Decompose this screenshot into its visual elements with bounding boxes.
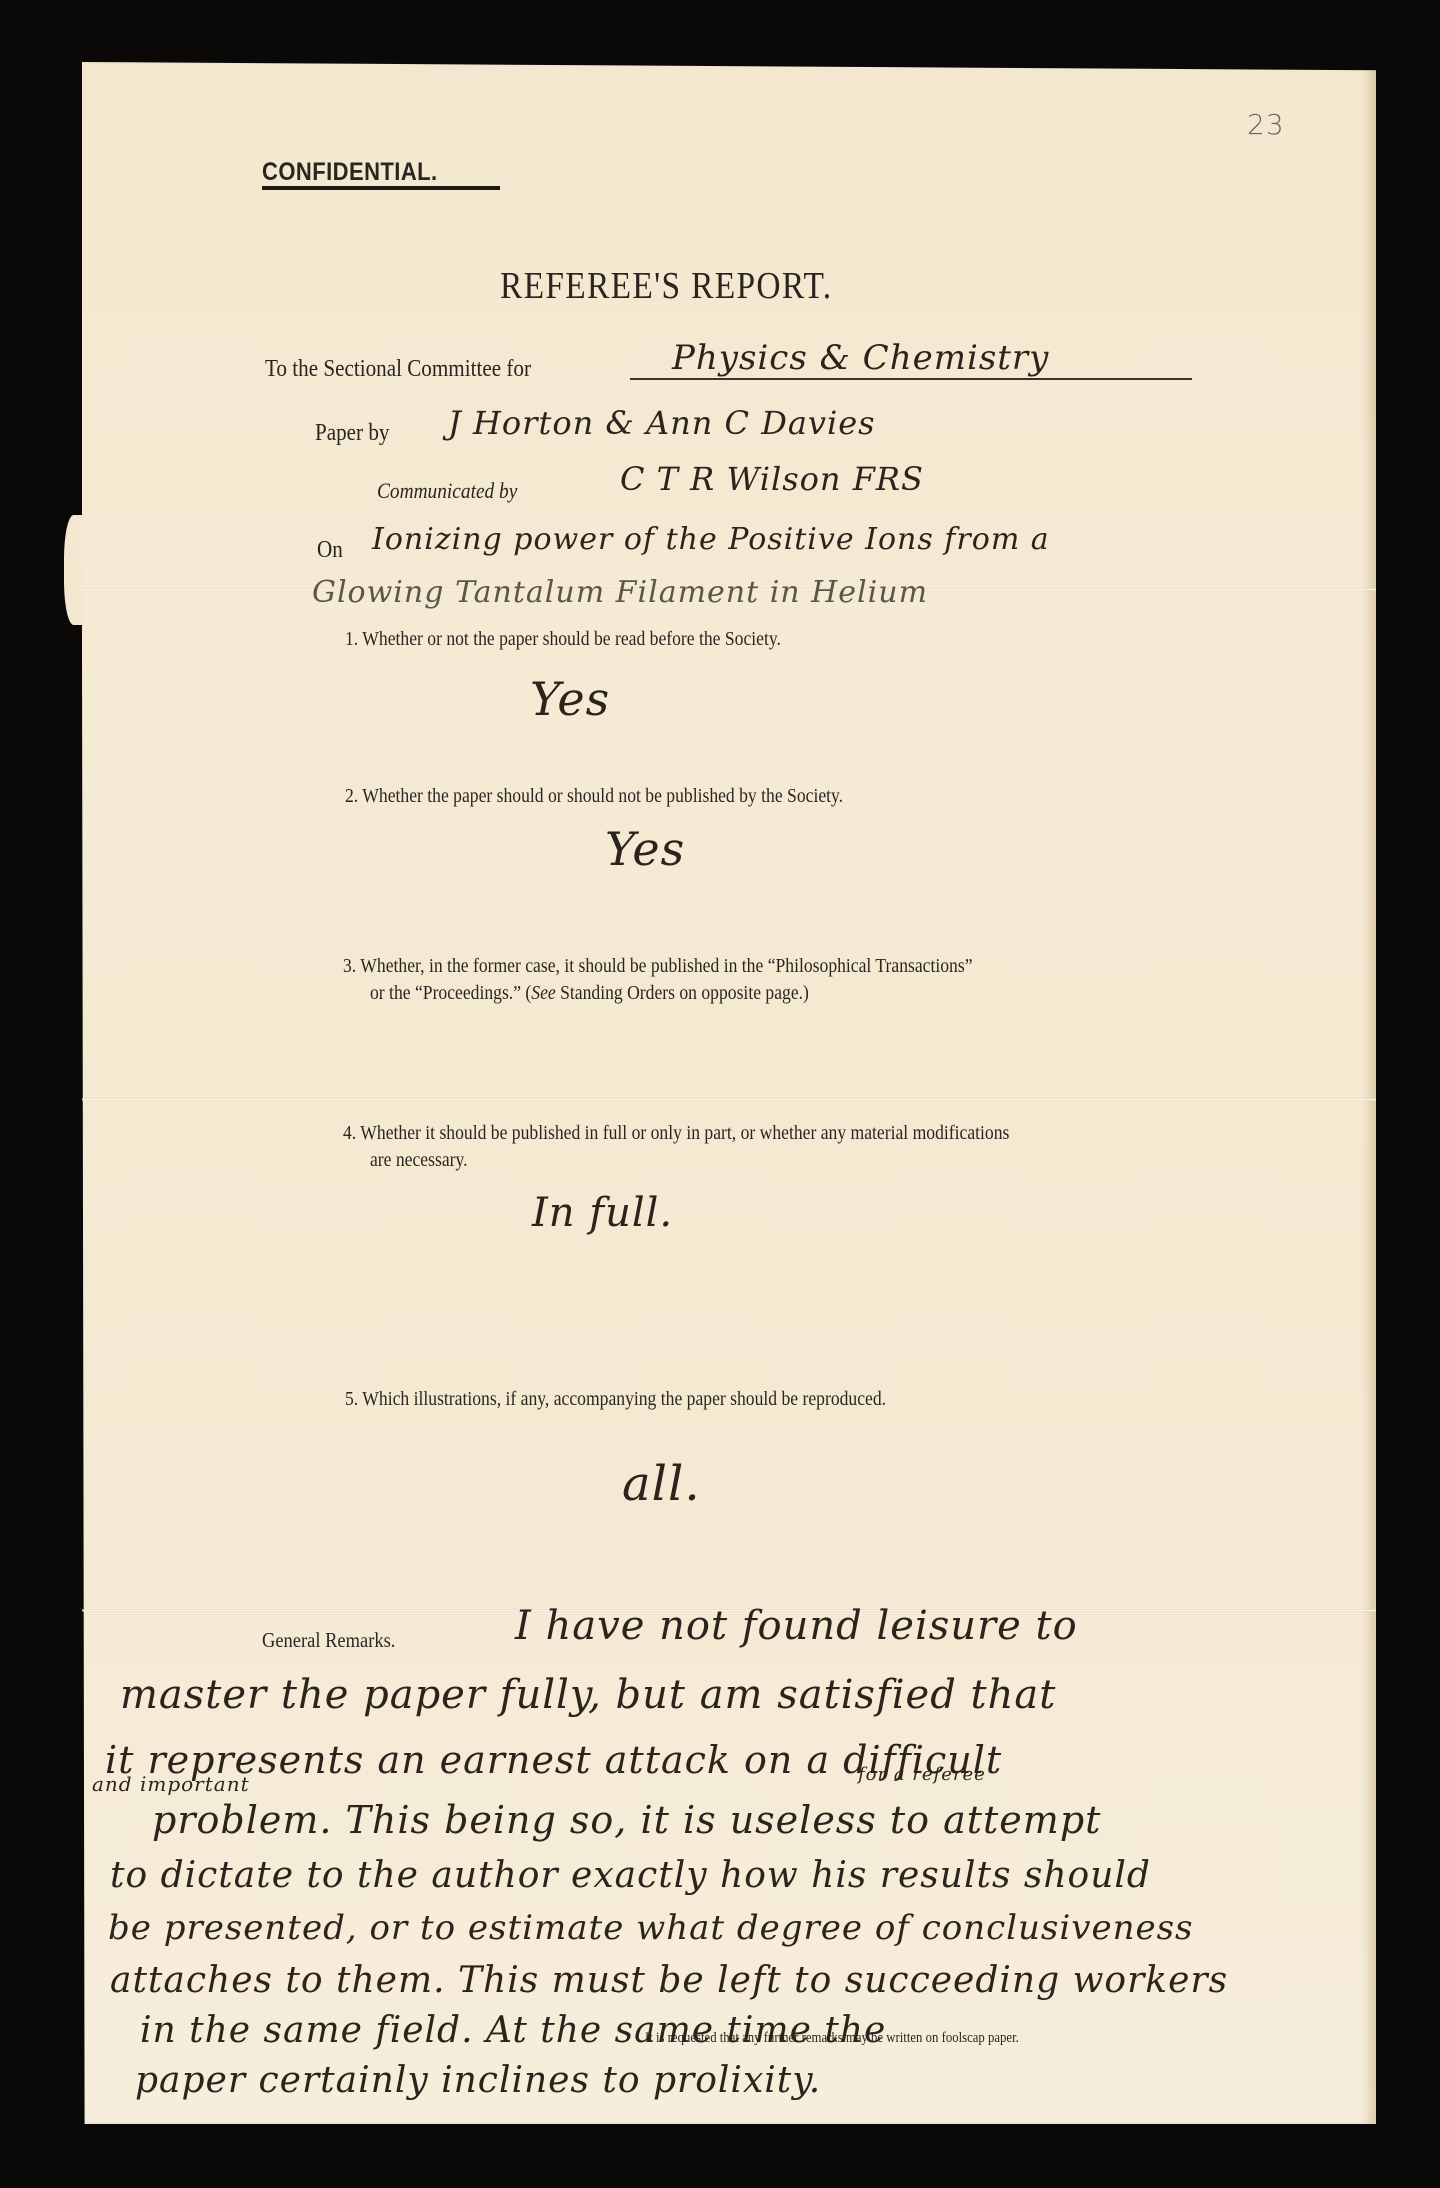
question-2: 2. Whether the paper should or should no… <box>345 785 843 808</box>
committee-field-line <box>630 378 1192 380</box>
remarks-line-9: paper certainly inclines to prolixity. <box>135 2060 821 2101</box>
question-text: Whether the paper should or should not b… <box>362 785 843 807</box>
answer-2: Yes <box>605 822 685 876</box>
question-text: Which illustrations, if any, accompanyin… <box>362 1388 886 1410</box>
question-4-line2: are necessary. <box>370 1149 468 1172</box>
on-value-line1: Ionizing power of the Positive Ions from… <box>372 522 1050 557</box>
question-text: Whether it should be published in full o… <box>360 1122 1009 1144</box>
question-3: 3. Whether, in the former case, it shoul… <box>343 955 973 978</box>
on-value-line2: Glowing Tantalum Filament in Helium <box>312 575 928 610</box>
remarks-line-6: be presented, or to estimate what degree… <box>108 1908 1194 1948</box>
page-title: REFEREE'S REPORT. <box>500 264 832 308</box>
remarks-line-1: I have not found leisure to <box>515 1603 1078 1649</box>
remarks-insertion-for-a-referee: for a referee <box>858 1764 986 1785</box>
answer-4: In full. <box>532 1190 673 1236</box>
question-number: 2. <box>345 785 358 807</box>
question-number: 3. <box>343 955 356 977</box>
remarks-line-7: attaches to them. This must be left to s… <box>110 1960 1228 2001</box>
question-5: 5. Which illustrations, if any, accompan… <box>345 1388 886 1411</box>
question-number: 1. <box>345 628 358 650</box>
on-label: On <box>317 537 343 564</box>
fold-crease <box>82 1098 1376 1101</box>
question-text: or the “Proceedings.” ( <box>370 982 531 1004</box>
remarks-line-5: to dictate to the author exactly how his… <box>110 1855 1151 1896</box>
question-text-italic: See <box>531 982 555 1004</box>
question-text: Standing Orders on opposite page.) <box>556 982 809 1004</box>
question-1: 1. Whether or not the paper should be re… <box>345 628 781 651</box>
page-number: 23 <box>1247 108 1285 141</box>
communicated-by-label: Communicated by <box>377 478 517 504</box>
footer-note: It is requested that any further remarks… <box>645 2030 1019 2047</box>
answer-5: all. <box>622 1456 701 1512</box>
communicated-by-value: C T R Wilson FRS <box>620 460 924 498</box>
committee-value: Physics & Chemistry <box>672 338 1049 378</box>
answer-1: Yes <box>530 672 610 726</box>
question-3-line2: or the “Proceedings.” (See Standing Orde… <box>370 982 809 1005</box>
question-4: 4. Whether it should be published in ful… <box>343 1122 1009 1145</box>
remarks-line-4: problem. This being so, it is useless to… <box>152 1798 1101 1842</box>
paper-by-label: Paper by <box>315 420 389 447</box>
paper-by-value: J Horton & Ann C Davies <box>448 404 876 442</box>
confidential-underline <box>262 186 500 190</box>
remarks-line-2: master the paper fully, but am satisfied… <box>120 1672 1056 1718</box>
question-text: Whether or not the paper should be read … <box>362 628 781 650</box>
question-number: 4. <box>343 1122 356 1144</box>
remarks-margin-insertion: and important <box>92 1772 250 1796</box>
confidential-label: CONFIDENTIAL. <box>262 158 438 187</box>
committee-label: To the Sectional Committee for <box>265 356 531 383</box>
question-number: 5. <box>345 1388 358 1410</box>
paper-edge-shadow <box>1360 70 1376 2124</box>
general-remarks-label: General Remarks. <box>262 1628 395 1653</box>
question-text: Whether, in the former case, it should b… <box>360 955 972 977</box>
